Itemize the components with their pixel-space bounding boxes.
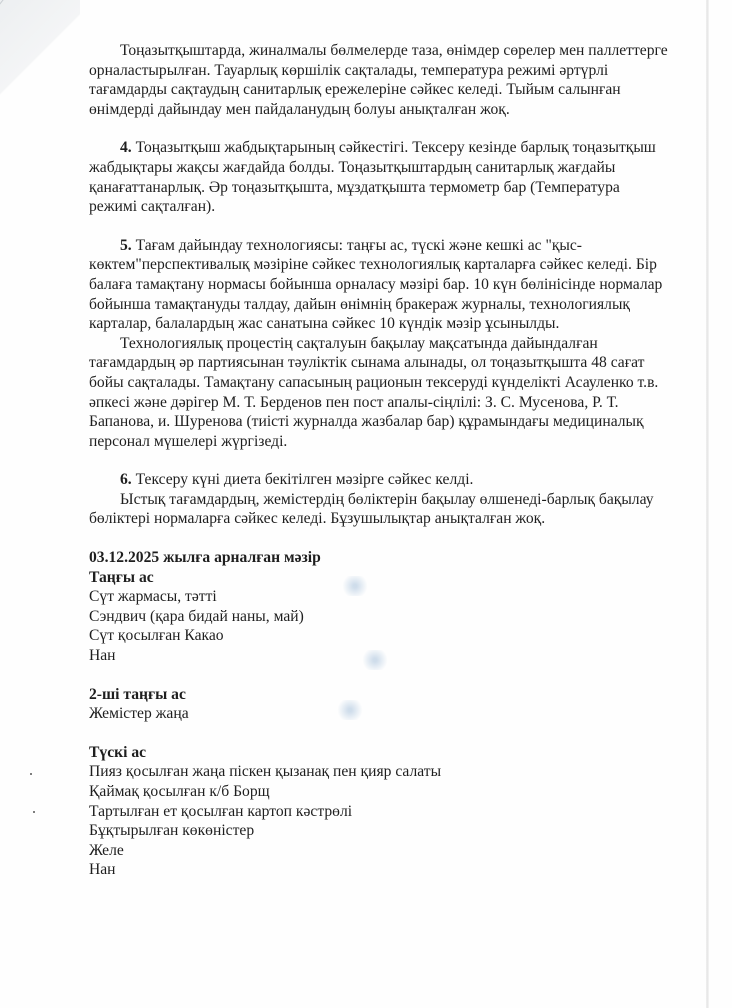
section-text: Тағам дайындау технологиясы: таңғы ас, т… (89, 237, 662, 332)
meal-second-breakfast-title: 2-ші таңғы ас (89, 685, 669, 705)
paragraph-section-5: 5. Тағам дайындау технологиясы: таңғы ас… (89, 236, 669, 334)
paragraph-portions: Ыстық тағамдардың, жемістердің бөліктері… (89, 490, 669, 529)
paragraph-section-6: 6. Тексеру күні диета бекітілген мәзірге… (89, 470, 669, 490)
menu-item: Бұқтырылған көкөністер (89, 821, 669, 841)
menu-title: 03.12.2025 жылға арналған мәзір (89, 548, 669, 568)
menu-item: Пияз қосылған жаңа піскен қызанақ пен қи… (89, 762, 669, 782)
section-number: 4. (120, 139, 132, 156)
meal-breakfast-title: Таңғы ас (89, 568, 669, 588)
section-text: Тоңазытқыш жабдықтарының сәйкестігі. Тек… (89, 139, 656, 215)
paragraph-section-4: 4. Тоңазытқыш жабдықтарының сәйкестігі. … (89, 138, 669, 216)
menu-item: Нан (89, 860, 669, 880)
daily-menu: 03.12.2025 жылға арналған мәзір Таңғы ас… (89, 548, 669, 880)
paragraph-storage: Тоңазытқыштарда, жиналмалы бөлмелерде та… (89, 41, 669, 119)
menu-item: Қаймақ қосылған к/б Борщ (89, 782, 669, 802)
menu-item: Тартылған ет қосылған картоп кәстрөлі (89, 802, 669, 822)
section-text: Тексеру күні диета бекітілген мәзірге сә… (132, 471, 474, 488)
scanned-page: Тоңазытқыштарда, жиналмалы бөлмелерде та… (0, 0, 732, 1008)
menu-item: Жемістер жаңа (89, 704, 669, 724)
scan-edge-shadow (706, 0, 709, 1008)
meal-lunch-title: Түскі ас (89, 743, 669, 763)
menu-item: Сүт жармасы, тәтті (89, 587, 669, 607)
section-number: 5. (120, 237, 132, 254)
folded-corner-artifact (0, 0, 80, 130)
section-number: 6. (120, 471, 132, 488)
menu-item: Нан (89, 646, 669, 666)
menu-item: Сүт қосылған Какао (89, 626, 669, 646)
scan-speck (30, 773, 32, 775)
menu-item: Желе (89, 841, 669, 861)
fold-line-artifact (0, 0, 19, 99)
paragraph-control: Технологиялық процестің сақталуын бақыла… (89, 334, 669, 452)
menu-item: Сэндвич (қара бидай наны, май) (89, 607, 669, 627)
scan-speck (33, 811, 35, 813)
document-body: Тоңазытқыштарда, жиналмалы бөлмелерде та… (89, 41, 669, 880)
